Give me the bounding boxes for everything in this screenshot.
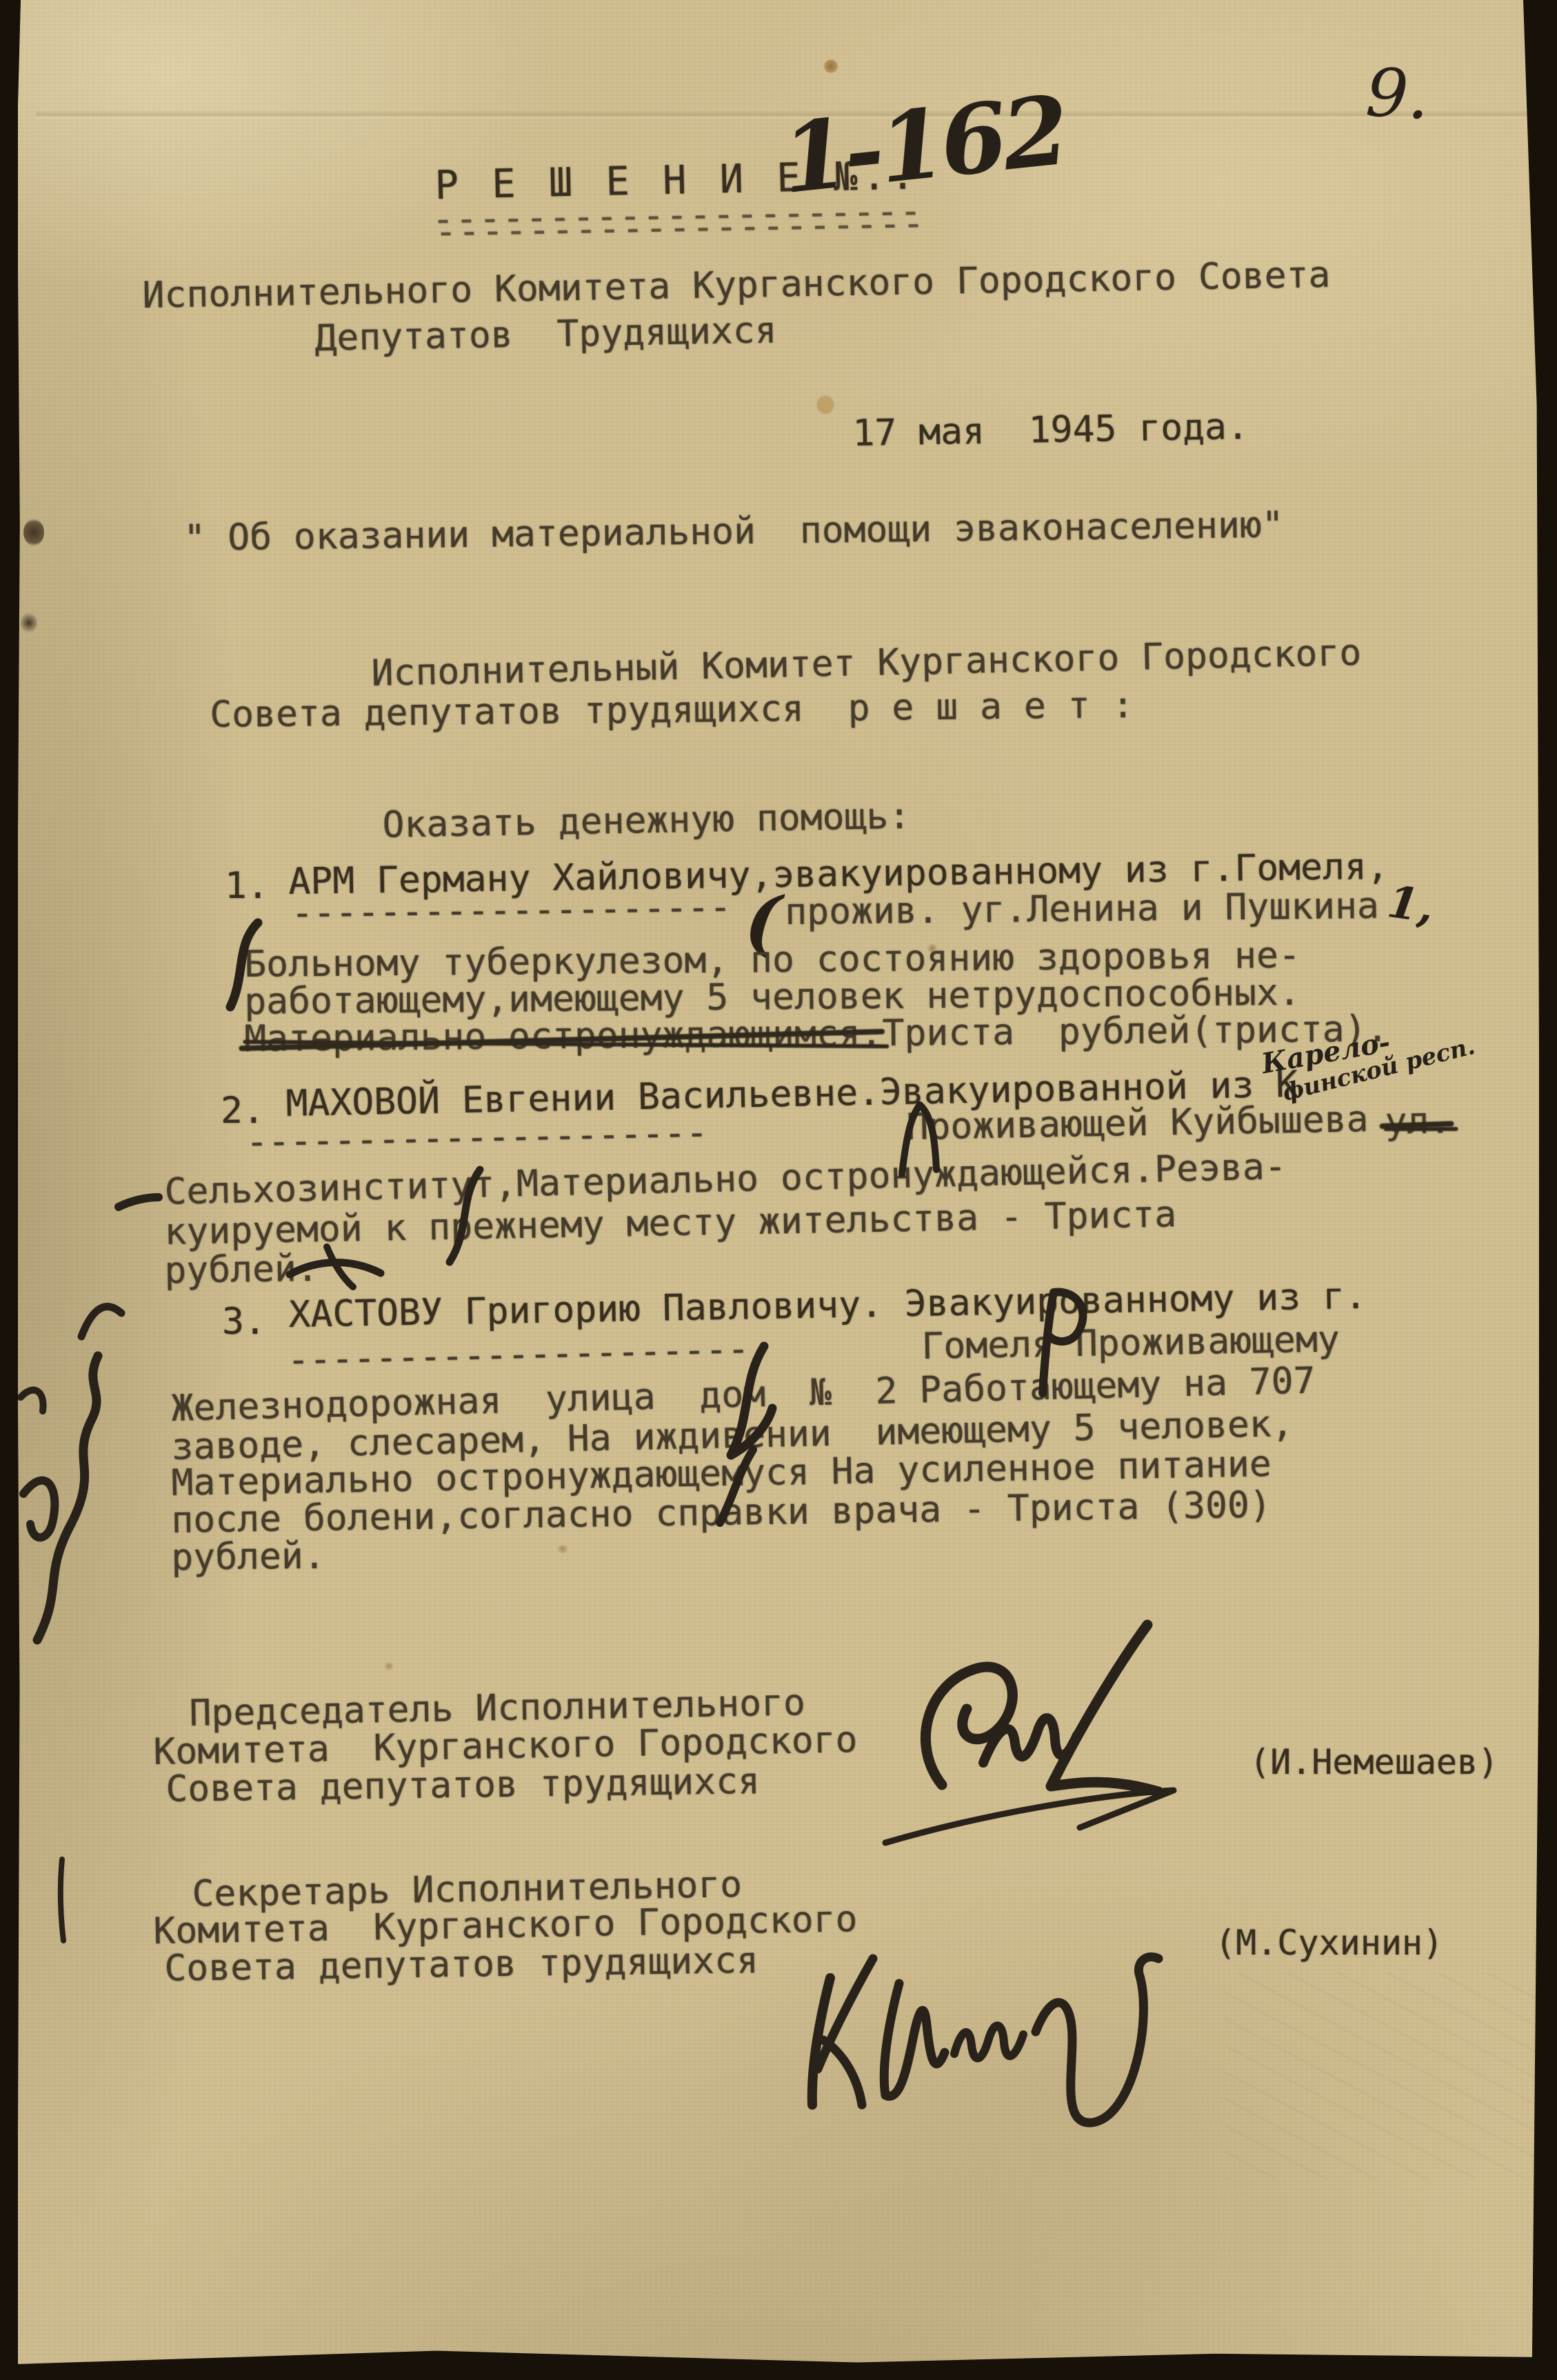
margin-tick [51, 1855, 72, 1945]
preamble-line: Совета депутатов трудящихся р е ш а е т … [210, 686, 1134, 735]
margin-scrawl [18, 1287, 135, 1646]
item-number: 1. [225, 866, 269, 906]
paper-wrinkles [1225, 1972, 1542, 2179]
item-3-underline: --------------------- [287, 1330, 750, 1381]
hand-letter-r [1019, 1284, 1102, 1401]
resolution-intro: Оказать денежную помощь: [382, 797, 911, 846]
chairman-name: (И.Немешаев) [1249, 1743, 1498, 1781]
hand-dash [114, 1188, 163, 1215]
paper-stain [556, 1545, 570, 1553]
preamble-line: Исполнительный Комитет Курганского Город… [371, 633, 1362, 694]
struck-text: ул. [1385, 1101, 1451, 1142]
binding-mark [21, 612, 37, 633]
item-number: 3. [222, 1302, 266, 1342]
subject-line: " Об оказании материальной помощи эвакон… [183, 506, 1284, 559]
secretary-title-line: Совета депутатов трудящихся [164, 1941, 759, 1989]
item-1-line-5: Материально остронуждающимся.Триста рубл… [244, 1010, 1389, 1060]
hand-stroke [432, 1164, 494, 1268]
hand-stroke [713, 1446, 761, 1528]
item-2-line-2-struck: ул. [1385, 1101, 1451, 1142]
item-1-address-note: 1, [1385, 876, 1438, 934]
item-1-underline: -------------------- [291, 888, 732, 934]
hand-stroke [892, 1098, 947, 1181]
hand-correction [712, 1339, 787, 1463]
binding-mark [23, 519, 44, 546]
decree-date: 17 мая 1945 года. [852, 407, 1249, 454]
org-name-line: Исполнительного Комитета Курганского Гор… [142, 255, 1331, 316]
secretary-name: (М.Сухинин) [1215, 1924, 1443, 1962]
scanned-decree-page: 9. Р Е Ш Е Н И Е №.. 1-162 -------------… [0, 0, 1557, 2380]
secretary-signature [790, 1890, 1245, 2138]
paper-stain [383, 1662, 394, 1670]
hand-stroke [222, 917, 270, 1014]
struck-text: Материально остронуждающимся. [244, 1014, 883, 1059]
item-1-line-2: прожив. уг.Ленина и Пушкина [785, 886, 1379, 932]
title-underline-row: --------------------- [434, 204, 926, 253]
paper-sheet: 9. Р Е Ш Е Н И Е №.. 1-162 -------------… [18, 0, 1539, 2380]
chairman-signature [873, 1621, 1314, 1855]
chairman-title-line: Совета депутатов трудящихся [165, 1761, 760, 1810]
item-3-line-7: рублей. [171, 1537, 325, 1579]
paper-stain [823, 59, 838, 73]
org-name-line: Депутатов Трудящихся [314, 310, 777, 359]
item-2-underline: --------------------- [245, 1113, 708, 1163]
paper-stain [816, 394, 834, 415]
hand-squiggle [284, 1241, 388, 1297]
page-number: 9. [1364, 54, 1431, 134]
item-2-line-2: Проживающей Куйбышева [906, 1099, 1369, 1148]
